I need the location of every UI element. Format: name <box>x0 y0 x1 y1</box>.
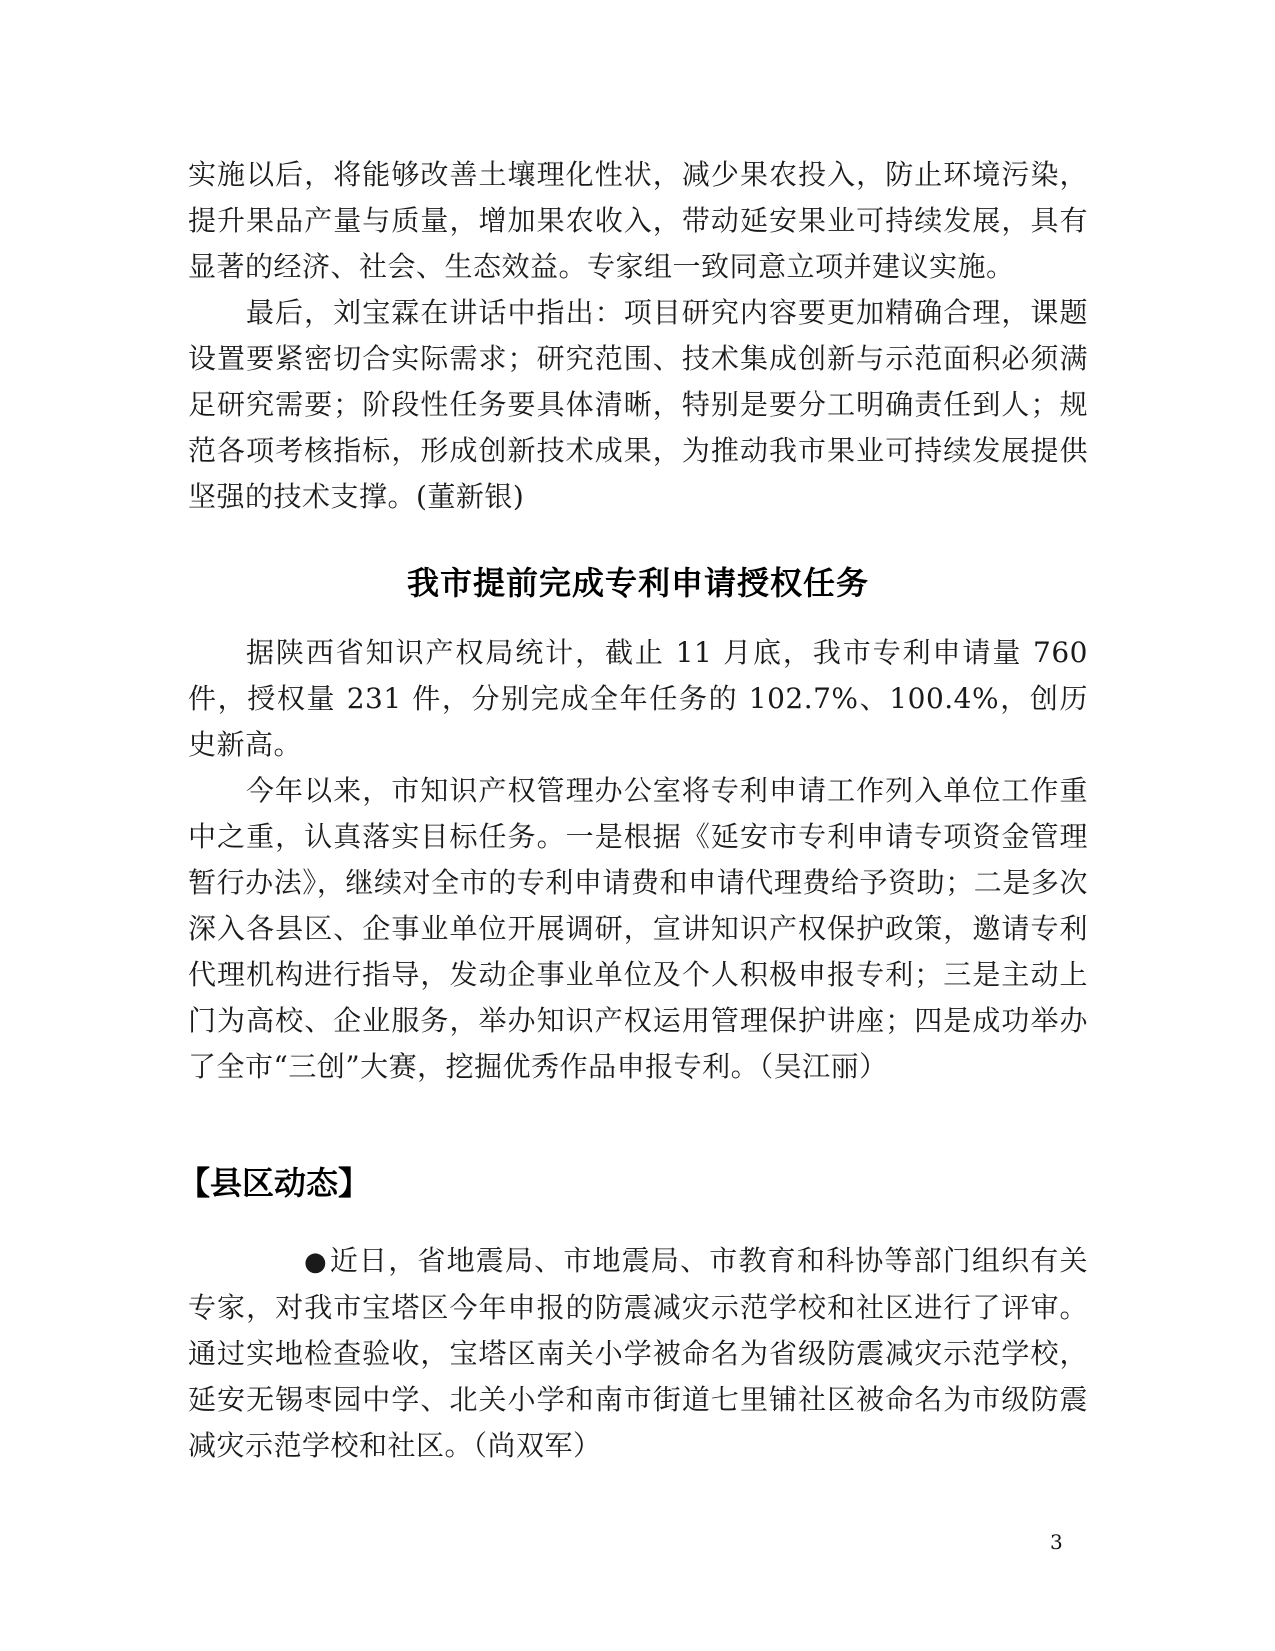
bullet-icon: ● <box>246 1239 327 1285</box>
county-news-paragraph: ●近日，省地震局、市地震局、市教育和科协等部门组织有关专家，对我市宝塔区今年申报… <box>188 1238 1088 1469</box>
article1-paragraph-1: 实施以后，将能够改善土壤理化性状，减少果农投入，防止环境污染，提升果品产量与质量… <box>188 152 1088 290</box>
article1-paragraph-2: 最后，刘宝霖在讲话中指出：项目研究内容要更加精确合理，课题设置要紧密切合实际需求… <box>188 290 1088 520</box>
document-page: 实施以后，将能够改善土壤理化性状，减少果农投入，防止环境污染，提升果品产量与质量… <box>0 0 1275 1651</box>
section-heading-county-news: 【县区动态】 <box>178 1158 1088 1208</box>
page-content: 实施以后，将能够改善土壤理化性状，减少果农投入，防止环境污染，提升果品产量与质量… <box>188 152 1088 1469</box>
article2-paragraph-2: 今年以来，市知识产权管理办公室将专利申请工作列入单位工作重中之重，认真落实目标任… <box>188 768 1088 1090</box>
page-number: 3 <box>1050 1530 1063 1554</box>
article2-paragraph-1: 据陕西省知识产权局统计，截止 11 月底，我市专利申请量 760 件，授权量 2… <box>188 630 1088 768</box>
article2-title: 我市提前完成专利申请授权任务 <box>188 558 1088 608</box>
